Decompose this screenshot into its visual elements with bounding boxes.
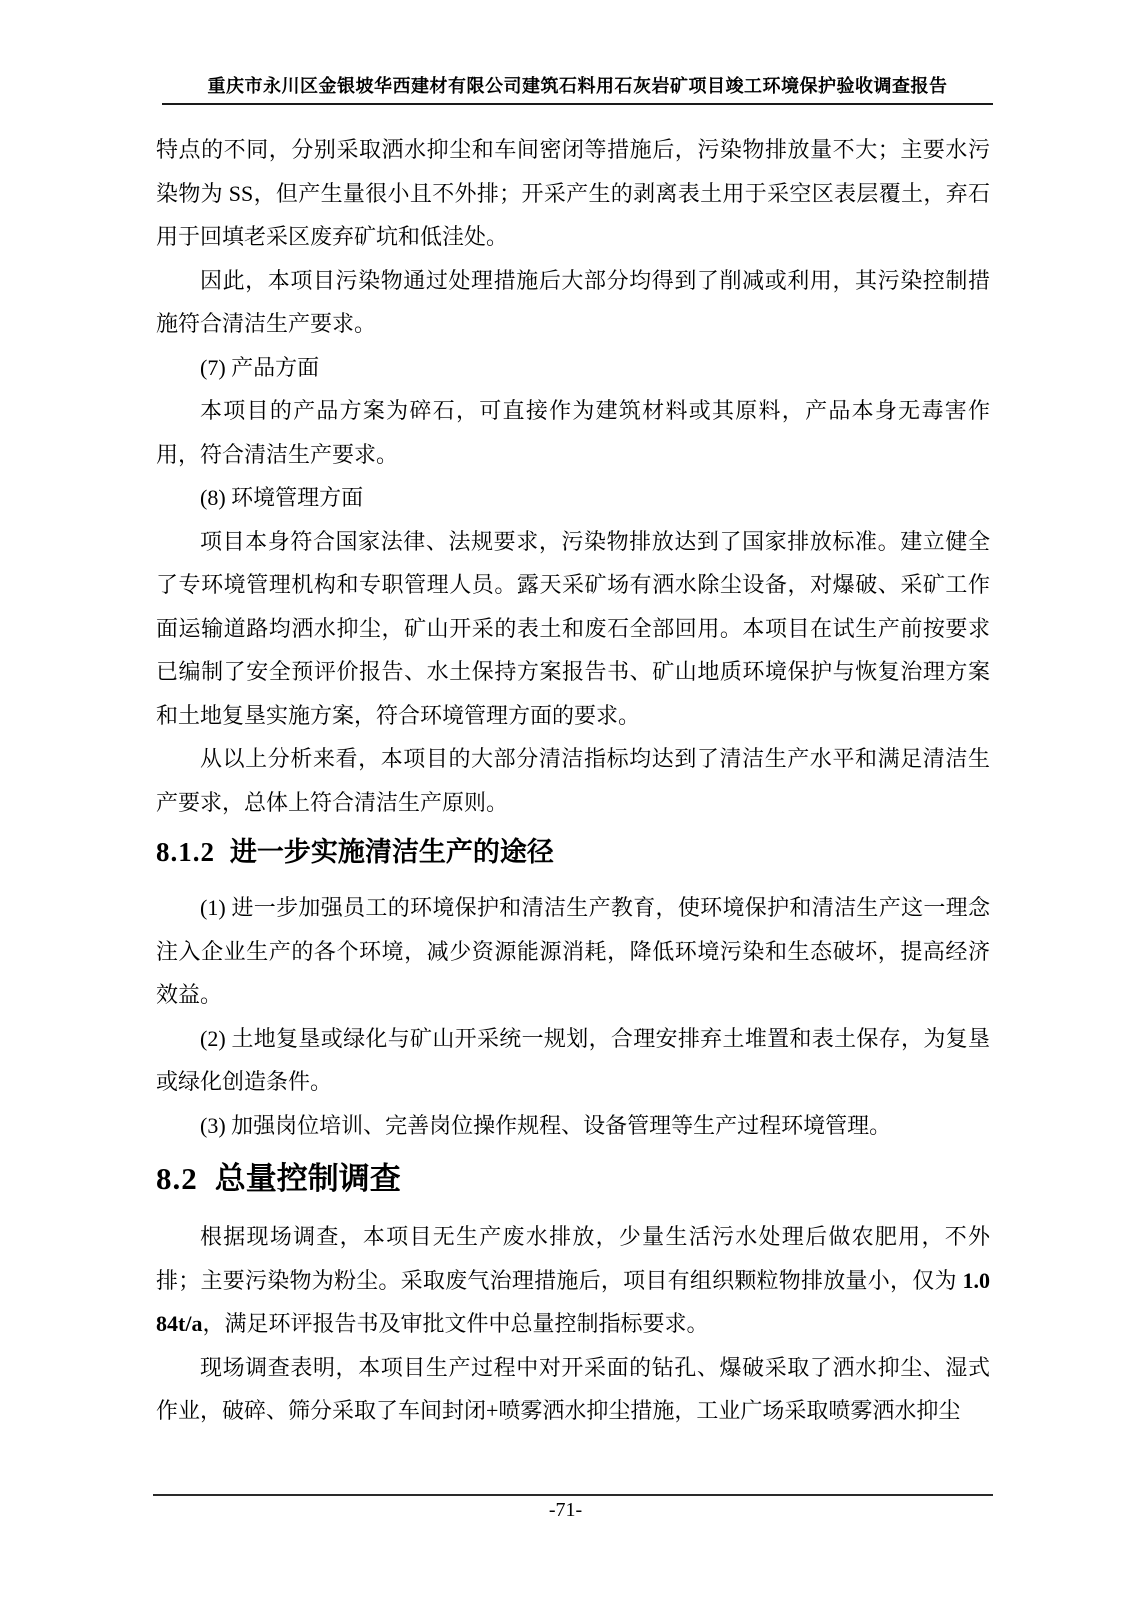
paragraph: 本项目的产品方案为碎石，可直接作为建筑材料或其原料，产品本身无毒害作用，符合清洁… (156, 389, 990, 476)
list-item-8: (8) 环境管理方面 (156, 476, 990, 520)
paragraph-text: 根据现场调查，本项目无生产废水排放，少量生活污水处理后做农肥用，不外排；主要污染… (156, 1224, 990, 1293)
list-item-2: (2) 土地复垦或绿化与矿山开采统一规划，合理安排弃土堆置和表土保存，为复垦或绿… (156, 1017, 990, 1104)
page-header: 重庆市永川区金银坡华西建材有限公司建筑石料用石灰岩矿项目竣工环境保护验收调查报告 (162, 72, 993, 105)
list-item-3: (3) 加强岗位培训、完善岗位操作规程、设备管理等生产过程环境管理。 (156, 1104, 990, 1148)
section-number: 8.1.2 (156, 837, 215, 867)
paragraph: 现场调查表明，本项目生产过程中对开采面的钻孔、爆破采取了洒水抑尘、湿式作业，破碎… (156, 1346, 990, 1433)
page-number: -71- (0, 1499, 1131, 1522)
list-item-1: (1) 进一步加强员工的环境保护和清洁生产教育，使环境保护和清洁生产这一理念注入… (156, 886, 990, 1017)
section-title: 总量控制调查 (215, 1161, 401, 1196)
page-body: 特点的不同，分别采取洒水抑尘和车间密闭等措施后，污染物排放量不大；主要水污染物为… (156, 128, 990, 1433)
report-title: 重庆市永川区金银坡华西建材有限公司建筑石料用石灰岩矿项目竣工环境保护验收调查报告 (162, 72, 993, 98)
paragraph: 根据现场调查，本项目无生产废水排放，少量生活污水处理后做农肥用，不外排；主要污染… (156, 1215, 990, 1346)
paragraph: 项目本身符合国家法律、法规要求，污染物排放达到了国家排放标准。建立健全了专环境管… (156, 520, 990, 738)
document-page: 重庆市永川区金银坡华西建材有限公司建筑石料用石灰岩矿项目竣工环境保护验收调查报告… (0, 0, 1131, 1600)
section-number: 8.2 (156, 1161, 198, 1196)
paragraph: 从以上分析来看，本项目的大部分清洁指标均达到了清洁生产水平和满足清洁生产要求，总… (156, 737, 990, 824)
list-item-7: (7) 产品方面 (156, 346, 990, 390)
section-heading-8-1-2: 8.1.2进一步实施清洁生产的途径 (156, 832, 990, 872)
footer-rule (153, 1494, 993, 1496)
paragraph-text: ，满足环评报告书及审批文件中总量控制指标要求。 (202, 1311, 708, 1336)
section-heading-8-2: 8.2总量控制调查 (156, 1157, 990, 1201)
paragraph-continuation: 特点的不同，分别采取洒水抑尘和车间密闭等措施后，污染物排放量不大；主要水污染物为… (156, 128, 990, 259)
paragraph: 因此，本项目污染物通过处理措施后大部分均得到了削减或利用，其污染控制措施符合清洁… (156, 259, 990, 346)
section-title: 进一步实施清洁生产的途径 (230, 837, 554, 867)
